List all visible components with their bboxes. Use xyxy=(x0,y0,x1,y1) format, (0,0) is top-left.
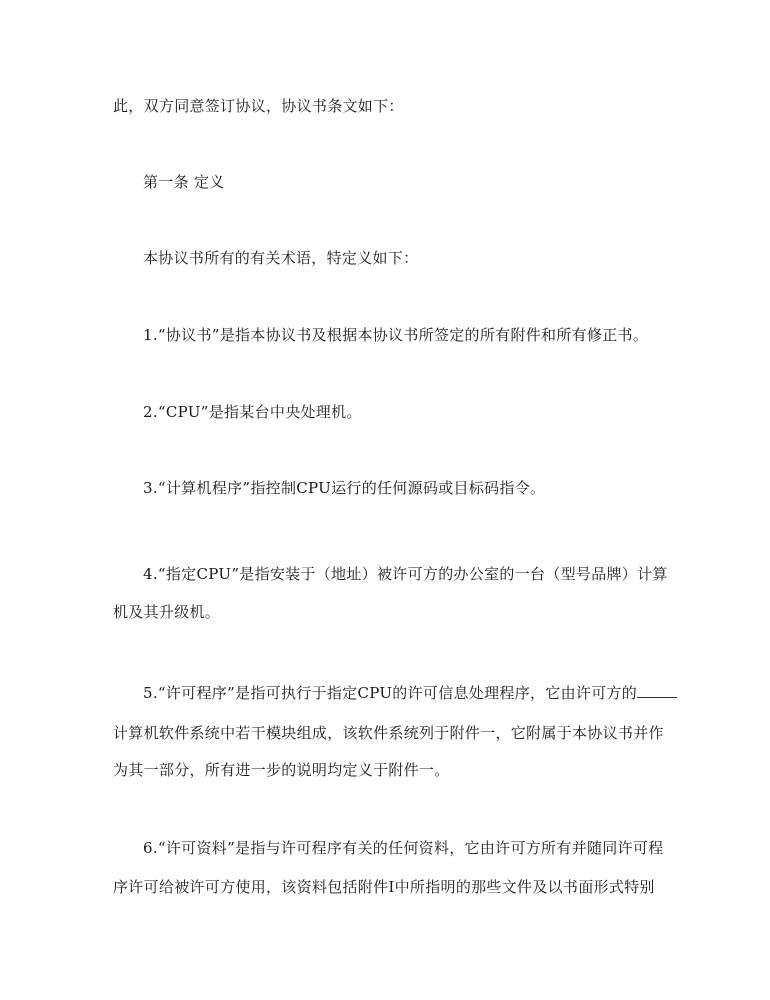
fill-in-blank xyxy=(637,683,677,698)
definition-4-line-1: 4.“指定CPU”是指安装于（地址）被许可方的办公室的一台（型号品牌）计算 xyxy=(143,564,668,584)
definition-1: 1.“协议书”是指本协议书及根据本协议书所签定的所有附件和所有修正书。 xyxy=(143,325,648,345)
definition-6-line-2: 序许可给被许可方使用，该资料包括附件I中所指明的那些文件及以书面形式特别 xyxy=(113,877,655,897)
definition-3: 3.“计算机程序”指控制CPU运行的任何源码或目标码指令。 xyxy=(143,478,545,498)
definition-6-line-1: 6.“许可资料”是指与许可程序有关的任何资料，它由许可方所有并随同许可程 xyxy=(143,838,663,858)
definition-4-line-2: 机及其升级机。 xyxy=(113,602,220,622)
definition-5-line-3: 为其一部分，所有进一步的说明均定义于附件一。 xyxy=(113,760,450,780)
document-page: 此，双方同意签订协议，协议书条文如下： 第一条 定义 本协议书所有的有关术语，特… xyxy=(0,0,770,1000)
definition-2: 2.“CPU”是指某台中央处理机。 xyxy=(143,402,362,422)
definition-5-text: 5.“许可程序”是指可执行于指定CPU的许可信息处理程序，它由许可方的 xyxy=(143,684,637,702)
intro-line: 此，双方同意签订协议，协议书条文如下： xyxy=(113,96,404,116)
definitions-intro: 本协议书所有的有关术语，特定义如下： xyxy=(143,248,418,268)
article-heading: 第一条 定义 xyxy=(143,172,225,192)
definition-5-line-2: 计算机软件系统中若干模块组成，该软件系统列于附件一，它附属于本协议书并作 xyxy=(113,723,664,743)
definition-5-line-1: 5.“许可程序”是指可执行于指定CPU的许可信息处理程序，它由许可方的 xyxy=(143,683,677,703)
